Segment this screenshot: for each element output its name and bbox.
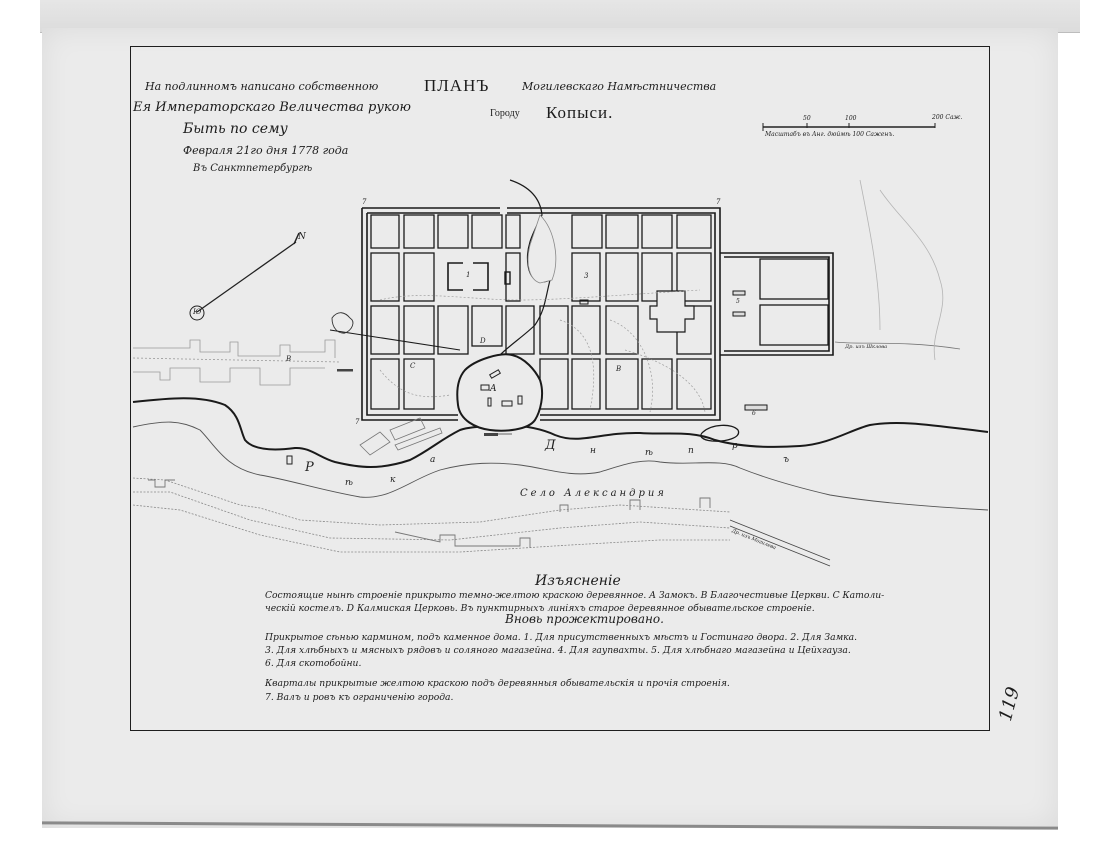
ferry-marker-center <box>484 433 498 436</box>
marker-b-church-east: B <box>616 365 621 373</box>
marker-7-sw: 7 <box>355 418 359 426</box>
compass-north-arrow <box>190 233 299 320</box>
ferry-marker-west <box>337 369 353 372</box>
legend-line-5: 6. Для скотобойни. <box>265 658 361 669</box>
compass-north-label: N <box>298 232 306 242</box>
river-label-a: а <box>430 455 435 465</box>
marker-7-ne: 7 <box>716 198 720 206</box>
dedication-line-1: На подлинномъ написано собственною <box>145 80 378 93</box>
village-label: Село Александрия <box>520 488 667 499</box>
dedication-line-5: Въ Санктпетербургѣ <box>193 163 312 174</box>
legend-subtitle: Вновь прожектировано. <box>505 612 664 626</box>
plan-title: ПЛАНЪ <box>424 76 489 96</box>
shklov-road-label: Др. изъ Шклова <box>845 344 887 350</box>
town-rampart <box>362 208 833 420</box>
dnieper-label-e: ѣ <box>645 448 653 458</box>
castle-a-mound <box>457 354 542 430</box>
dnieper-label-hard: ъ <box>783 455 789 465</box>
legend-line-4: 3. Для хлѣбныхъ и мясныхъ рядовъ и солян… <box>265 645 851 656</box>
scale-caption: Масштабъ въ Анг. дюймѣ 100 Саженъ. <box>765 131 894 138</box>
dnieper-label-r: р <box>732 441 738 451</box>
building-6-slaughterhouse <box>745 405 767 410</box>
marker-6: 6 <box>752 410 756 417</box>
pier-river <box>287 456 292 464</box>
building-5-magazine <box>733 291 745 295</box>
marker-3: 3 <box>584 272 588 280</box>
dedication-line-3: Быть по сему <box>183 121 288 137</box>
scale-bar <box>763 123 935 131</box>
pond-west <box>332 313 353 333</box>
road-from-mogilev <box>730 520 830 566</box>
compass-south-label: Ю <box>193 308 201 316</box>
legend-title: Изъясненiе <box>535 573 621 589</box>
ravine-outline <box>528 215 556 283</box>
central-square <box>650 291 694 332</box>
dnieper-label-n1: н <box>590 446 596 456</box>
legend-line-7: 7. Валъ и ровъ къ ограниченiю города. <box>265 692 453 703</box>
legend-line-1: Состоящие нынѣ строенiе прикрыто темно-ж… <box>265 590 884 601</box>
town-quarters <box>371 215 828 409</box>
dedication-line-2: Ея Императорскаго Величества рукою <box>133 100 411 115</box>
river-island <box>701 425 739 441</box>
dnieper-label-p: п <box>688 446 694 456</box>
dnieper-label-d: Д <box>545 438 556 453</box>
legend-line-3: Прикрытое сѣнью кармином, подъ каменное … <box>265 632 857 643</box>
faint-pencil-lines <box>860 180 943 360</box>
marker-5: 5 <box>736 298 740 305</box>
plan-subtitle: Могилевскаго Намѣстничества <box>522 80 716 93</box>
scale-tick-200: 200 Саж. <box>932 114 962 121</box>
river-label-r: Р <box>305 460 314 475</box>
town-name: Копыси. <box>546 103 613 123</box>
river-label-e: ѣ <box>345 478 353 488</box>
building-5b <box>733 312 745 316</box>
old-street-outlines-west <box>133 340 340 385</box>
scale-tick-100: 100 <box>845 115 856 122</box>
marker-a-castle: A <box>490 384 497 394</box>
marker-b-church-west: B <box>286 355 291 363</box>
marker-d-church: D <box>480 337 486 345</box>
river-label-k: к <box>390 475 395 485</box>
town-prefix: Городу <box>490 108 520 119</box>
legend-line-6: Кварталы прикрытые желтою краскою подъ д… <box>265 678 730 689</box>
scale-tick-50: 50 <box>803 115 811 122</box>
western-road <box>330 330 460 350</box>
marker-7-nw: 7 <box>362 198 366 206</box>
dedication-line-4: Февраля 21го дня 1778 года <box>183 144 348 157</box>
marker-1: 1 <box>466 271 470 279</box>
marker-c-catholic: C <box>410 362 415 370</box>
